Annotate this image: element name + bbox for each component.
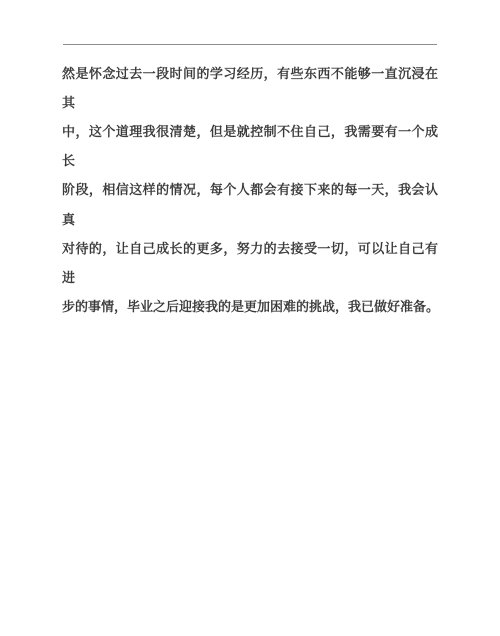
paragraph: 然是怀念过去一段时间的学习经历，有些东西不能够一直沉浸在其 中，这个道理我很清楚… [62,59,438,322]
paragraph-line: 步的事情，毕业之后迎接我的是更加困难的挑战，我已做好准备。 [62,292,438,321]
document-page: 然是怀念过去一段时间的学习经历，有些东西不能够一直沉浸在其 中，这个道理我很清楚… [0,0,500,636]
header-divider-line [63,44,437,45]
paragraph-line: 中，这个道理我很清楚，但是就控制不住自己，我需要有一个成长 [62,117,438,175]
paragraph-line: 对待的，让自己成长的更多，努力的去接受一切，可以让自己有进 [62,234,438,292]
paragraph-line: 阶段，相信这样的情况，每个人都会有接下来的每一天，我会认真 [62,175,438,233]
paragraph-line: 然是怀念过去一段时间的学习经历，有些东西不能够一直沉浸在其 [62,59,438,117]
